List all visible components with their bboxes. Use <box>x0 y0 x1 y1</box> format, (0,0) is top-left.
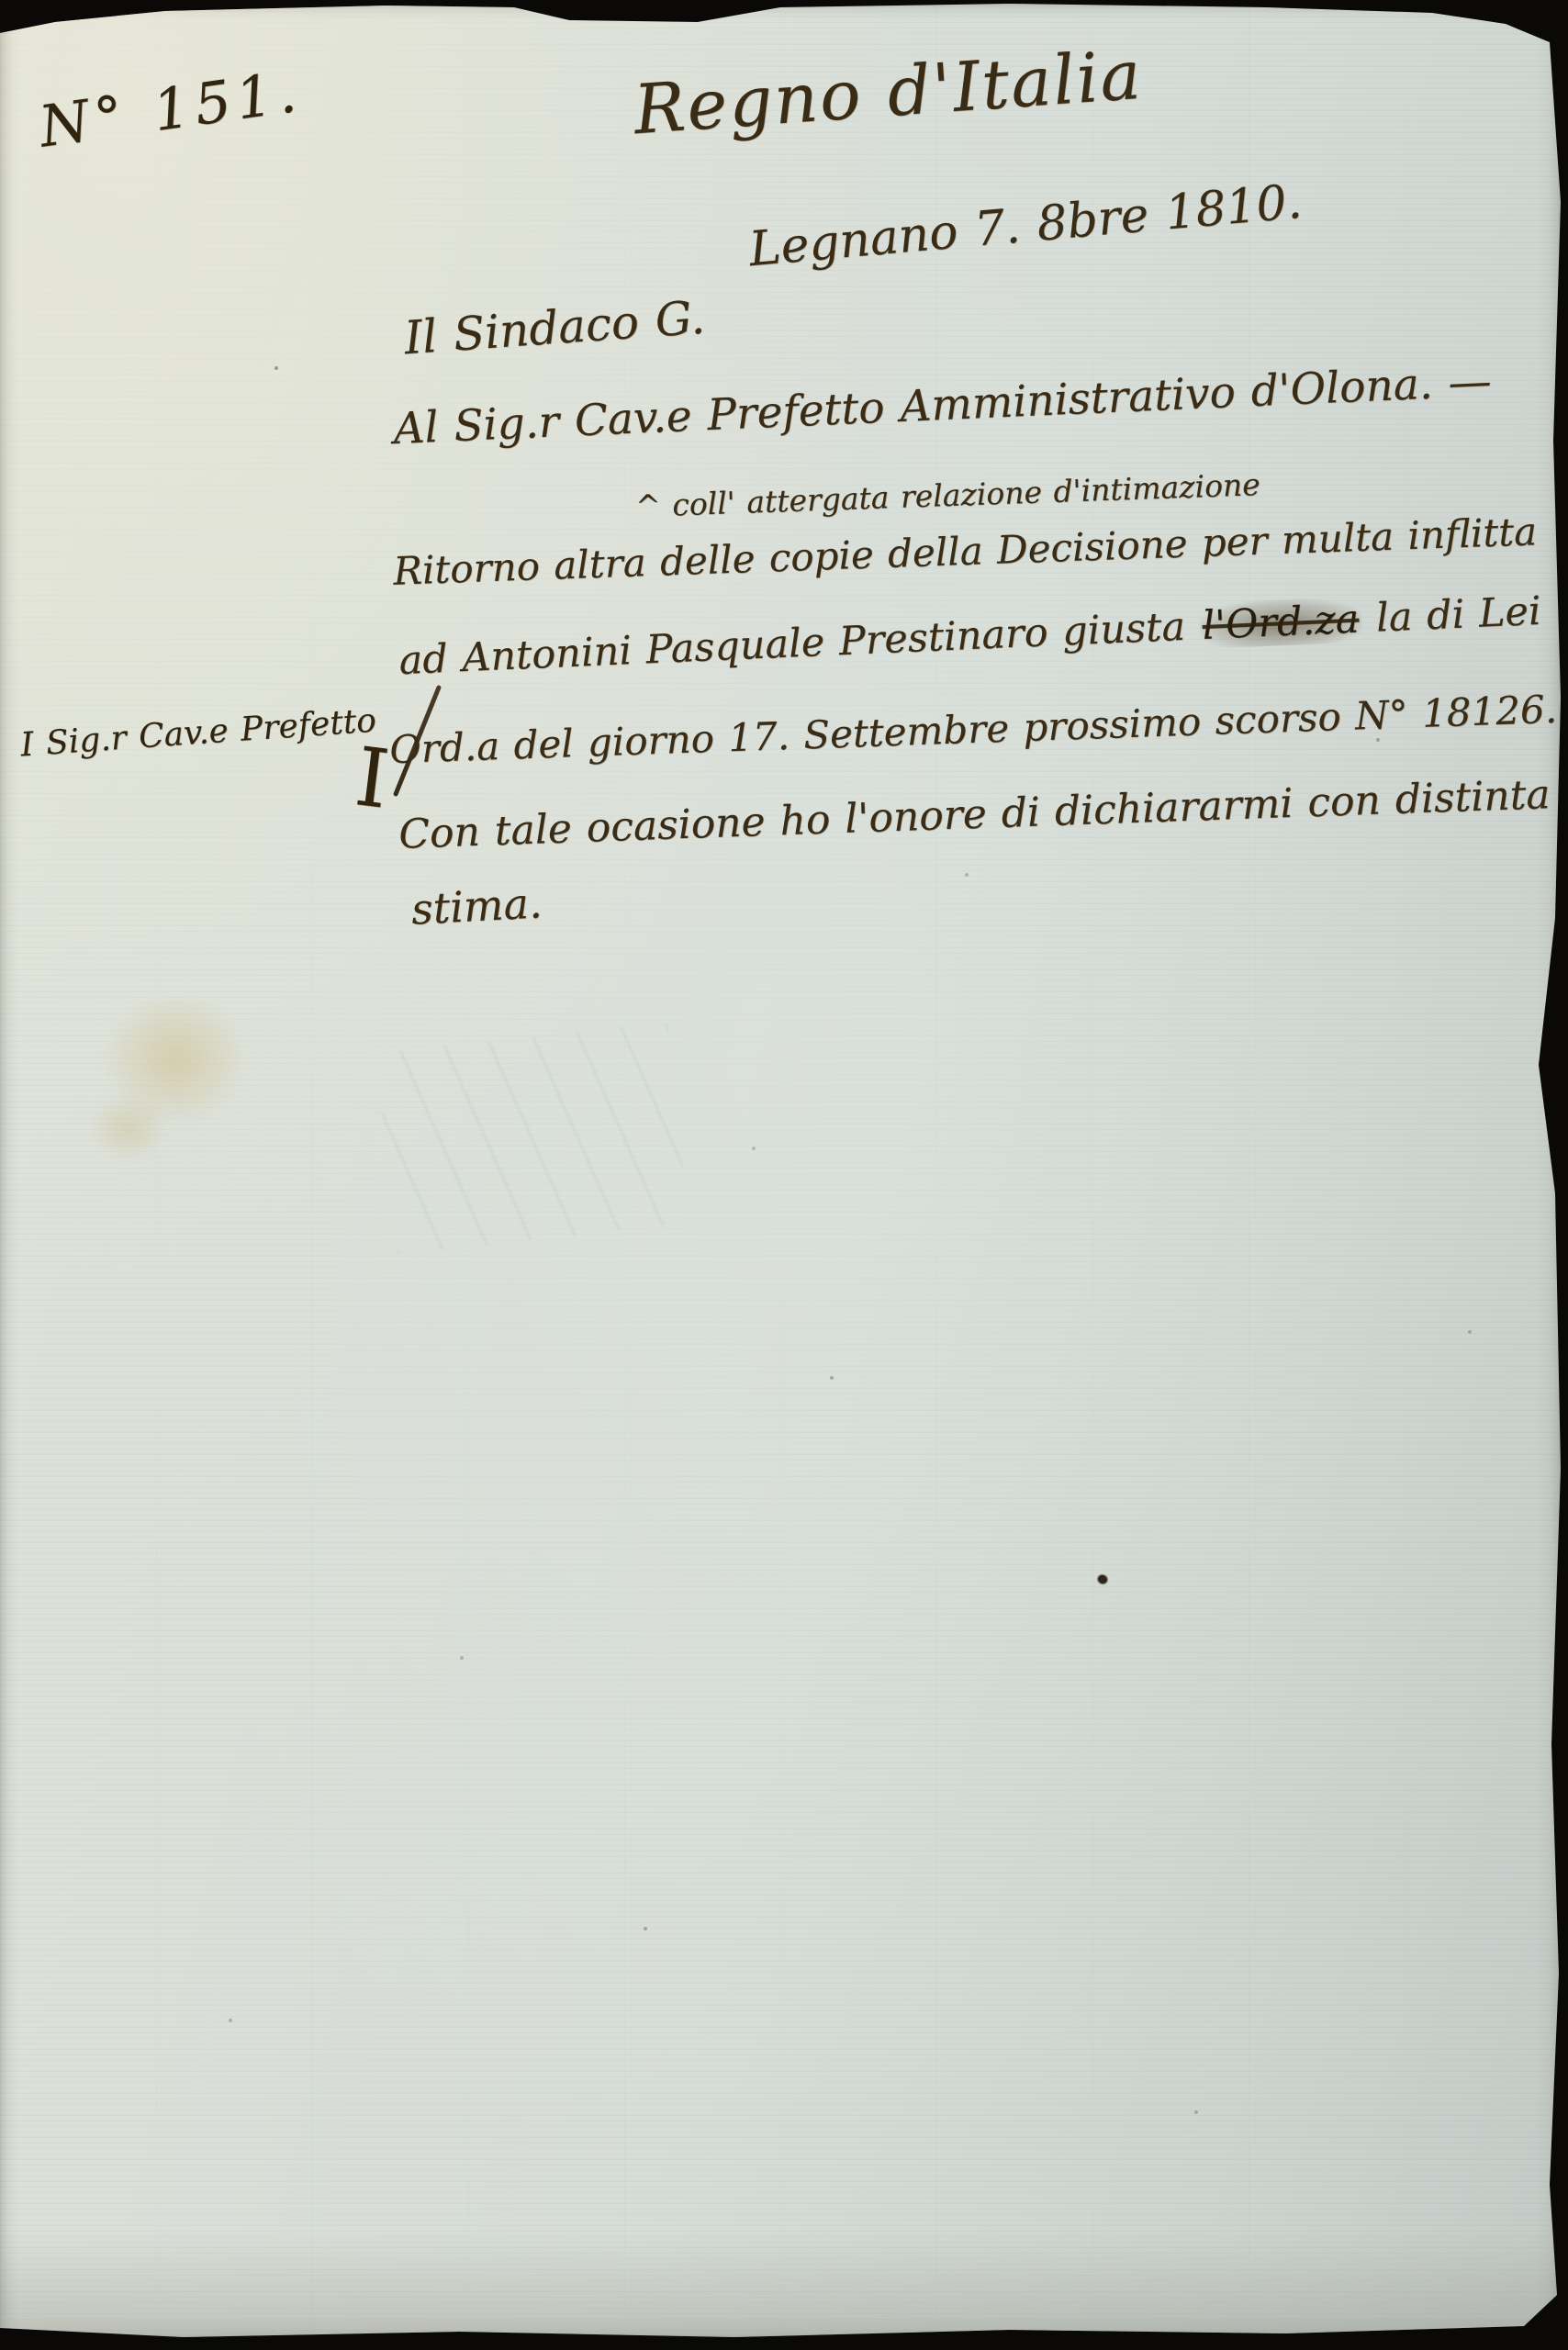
fiber-specks <box>0 0 2 2</box>
photo-background: N° 151. Regno d'Italia Legnano 7. 8bre 1… <box>0 0 1568 2350</box>
interline-insertion: ^ coll' attergata relazione d'intimazion… <box>635 466 1261 524</box>
body-line-2: ad Antonini Pasquale Prestinaro giusta l… <box>398 588 1542 684</box>
body-line-2-pre: ad Antonini Pasquale Prestinaro giusta <box>398 603 1201 684</box>
sender-line: Il Sindaco G. <box>402 291 706 365</box>
insertion-mark: I <box>351 729 394 826</box>
page-title: Regno d'Italia <box>632 36 1146 150</box>
show-through-marks <box>375 1023 689 1254</box>
margin-note: I Sig.r Cav.e Prefetto <box>19 702 377 765</box>
closing-word: stima. <box>410 878 543 934</box>
manuscript-paper: N° 151. Regno d'Italia Legnano 7. 8bre 1… <box>0 0 1568 2350</box>
dateline: Legnano 7. 8bre 1810. <box>747 174 1305 277</box>
body-line-4: Con tale ocasione ho l'onore di dichiara… <box>398 771 1551 858</box>
ink-speck <box>1097 1574 1108 1585</box>
body-line-2-post: la di Lei <box>1361 588 1541 642</box>
doc-number: N° 151. <box>35 57 305 160</box>
body-line-1: Ritorno altra delle copie della Decision… <box>393 509 1538 593</box>
body-line-3: Ord.a del giorno 17. Settembre prossimo … <box>389 687 1558 772</box>
recipient-line: Al Sig.r Cav.e Prefetto Amministrativo d… <box>392 356 1492 454</box>
paper-stain-small <box>84 1091 172 1166</box>
blotted-word: l'Ord.za <box>1199 596 1363 649</box>
